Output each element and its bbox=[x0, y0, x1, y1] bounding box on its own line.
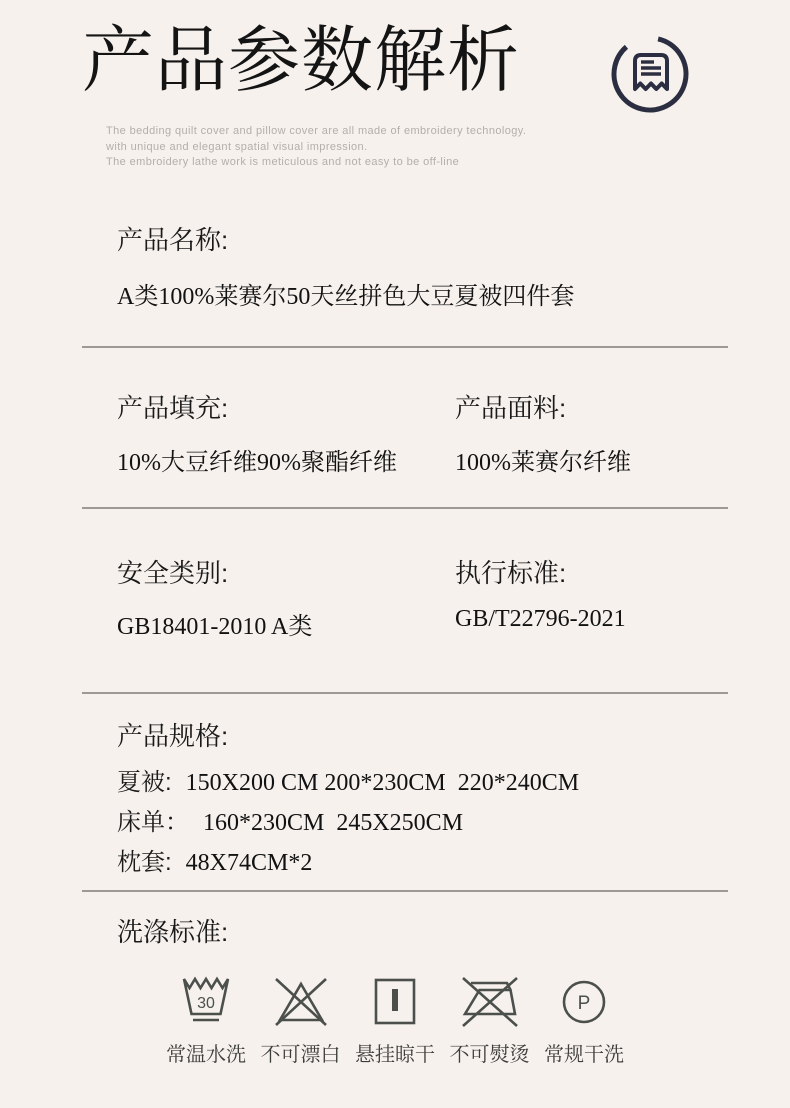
care-item-hang-dry: 悬挂晾干 bbox=[349, 974, 441, 1067]
section-divider bbox=[82, 692, 728, 694]
care-label: 常温水洗 bbox=[166, 1038, 246, 1067]
subtitle: The bedding quilt cover and pillow cover… bbox=[106, 124, 526, 171]
spec-row-value: 160*230CM 245X250CM bbox=[203, 810, 463, 837]
section-divider bbox=[82, 890, 728, 892]
care-label: 不可熨烫 bbox=[450, 1038, 530, 1067]
no-iron-icon bbox=[457, 974, 523, 1032]
spec-label: 产品规格: bbox=[117, 716, 228, 753]
spec-row-quilt: 夏被: 150X200 CM 200*230CM 220*240CM bbox=[117, 762, 579, 802]
spec-row-sheet: 床单： 160*230CM 245X250CM bbox=[117, 802, 579, 842]
washing-label: 洗涤标准: bbox=[117, 912, 228, 949]
product-name-value: A类100%莱赛尔50天丝拼色大豆夏被四件套 bbox=[117, 276, 574, 311]
section-divider bbox=[82, 507, 728, 509]
care-label: 不可漂白 bbox=[261, 1038, 341, 1067]
exec-standard-label: 执行标准: bbox=[455, 553, 566, 590]
care-item-wash: 30 常温水洗 bbox=[160, 974, 252, 1067]
subtitle-line: with unique and elegant spatial visual i… bbox=[106, 140, 526, 156]
spec-row-value: 150X200 CM 200*230CM 220*240CM bbox=[186, 770, 579, 797]
wash-30-icon: 30 bbox=[173, 974, 239, 1032]
safety-class-value: GB18401-2010 A类 bbox=[117, 606, 312, 641]
fabric-label: 产品面料: bbox=[455, 388, 566, 425]
safety-class-label: 安全类别: bbox=[117, 553, 228, 590]
no-bleach-icon bbox=[268, 974, 334, 1032]
dry-clean-p-icon: P bbox=[551, 974, 617, 1032]
care-item-no-iron: 不可熨烫 bbox=[444, 974, 536, 1067]
care-label: 常规干洗 bbox=[544, 1038, 624, 1067]
exec-standard-value: GB/T22796-2021 bbox=[455, 606, 626, 633]
product-name-label: 产品名称: bbox=[117, 220, 228, 257]
spec-row-name: 床单： bbox=[117, 802, 189, 837]
product-spec-sheet: 产品参数解析 The bedding quilt cover and pillo… bbox=[0, 0, 790, 1108]
spec-row-pillowcase: 枕套: 48X74CM*2 bbox=[117, 842, 579, 882]
filling-value: 10%大豆纤维90%聚酯纤维 bbox=[117, 442, 397, 477]
spec-row-value: 48X74CM*2 bbox=[186, 850, 313, 877]
spec-row-name: 枕套: bbox=[117, 842, 172, 877]
section-divider bbox=[82, 346, 728, 348]
fabric-value: 100%莱赛尔纤维 bbox=[455, 442, 631, 477]
filling-label: 产品填充: bbox=[117, 388, 228, 425]
hang-dry-icon bbox=[362, 974, 428, 1032]
spec-rows: 夏被: 150X200 CM 200*230CM 220*240CM 床单： 1… bbox=[117, 762, 579, 882]
care-item-no-bleach: 不可漂白 bbox=[255, 974, 347, 1067]
dry-clean-letter: P bbox=[578, 993, 591, 1014]
page-title: 产品参数解析 bbox=[82, 24, 520, 100]
subtitle-line: The bedding quilt cover and pillow cover… bbox=[106, 124, 526, 140]
receipt-icon bbox=[608, 30, 692, 118]
care-icon-row: 30 常温水洗 不可漂白 悬挂晾干 不可熨烫 bbox=[160, 974, 630, 1067]
spec-row-name: 夏被: bbox=[117, 762, 172, 797]
care-item-dry-clean: P 常规干洗 bbox=[538, 974, 630, 1067]
care-label: 悬挂晾干 bbox=[355, 1038, 435, 1067]
wash-temp-value: 30 bbox=[197, 995, 215, 1012]
subtitle-line: The embroidery lathe work is meticulous … bbox=[106, 155, 526, 171]
